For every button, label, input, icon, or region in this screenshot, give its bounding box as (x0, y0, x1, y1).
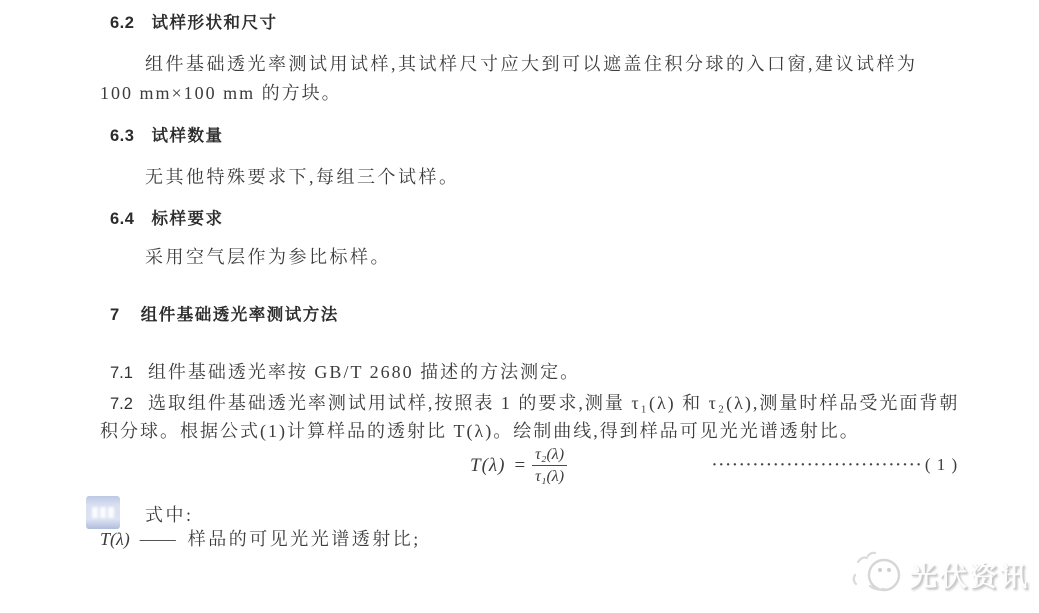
clause-7-1: 7.1 组件基础透光率按 GB/T 2680 描述的方法测定。 (110, 358, 580, 384)
section-number: 6.2 (110, 14, 134, 33)
definition-text: 样品的可见光光谱透射比; (188, 525, 421, 551)
section-heading-6-3: 6.3 试样数量 (110, 122, 223, 146)
section-heading-6-4: 6.4 标样要求 (110, 205, 223, 229)
symbol-definition: T(λ) —— 样品的可见光光谱透射比; (100, 525, 421, 551)
section-number: 6.3 (110, 127, 134, 146)
section-title: 组件基础透光率测试方法 (141, 301, 339, 325)
clause-number: 7.1 (110, 364, 133, 383)
clause-text: 组件基础透光率按 GB/T 2680 描述的方法测定。 (148, 358, 580, 384)
clause-7-2-line1: 7.2 选取组件基础透光率测试用试样,按照表 1 的要求,测量 τ₁(λ) 和 … (110, 389, 959, 415)
paragraph-6-2-line1: 组件基础透光率测试用试样,其试样尺寸应大到可以遮盖住积分球的入口窗,建议试样为 (145, 50, 918, 76)
formula-equals: = (514, 455, 525, 477)
section-heading-6-2: 6.2 试样形状和尺寸 (110, 9, 277, 33)
brand-name: 光伏资讯 (910, 555, 1030, 594)
formula-denominator: τ₁(λ) (532, 465, 567, 486)
watermark-glyph (100, 507, 106, 518)
section-heading-7: 7 组件基础透光率测试方法 (110, 301, 339, 325)
clause-text: 选取组件基础透光率测试用试样,按照表 1 的要求,测量 τ₁(λ) 和 τ₂(λ… (148, 389, 959, 415)
formula-reference: ······························· ( 1 ) (712, 455, 958, 475)
formula-numerator: τ₂(λ) (532, 446, 567, 465)
section-number: 7 (110, 306, 120, 325)
definition-term: T(λ) (100, 529, 130, 550)
watermark-badge (86, 496, 120, 529)
dotted-leader: ······························· (712, 457, 923, 474)
equation-number: ( 1 ) (925, 455, 958, 475)
formula-lhs: T(λ) (470, 455, 505, 477)
sun-face-icon (848, 548, 904, 600)
paragraph-6-4: 采用空气层作为参比标样。 (145, 243, 391, 269)
formula-transmittance: T(λ) = τ₂(λ) τ₁(λ) (470, 446, 567, 487)
paragraph-6-2-line2: 100 mm×100 mm 的方块。 (100, 79, 342, 105)
clause-7-2-line2: 积分球。根据公式(1)计算样品的透射比 T(λ)。绘制曲线,得到样品可见光光谱透… (100, 417, 860, 443)
watermark-glyph (92, 507, 98, 518)
section-number: 6.4 (110, 210, 134, 229)
document-page: 6.2 试样形状和尺寸 组件基础透光率测试用试样,其试样尺寸应大到可以遮盖住积分… (0, 0, 1039, 613)
paragraph-6-3: 无其他特殊要求下,每组三个试样。 (145, 163, 460, 189)
clause-number: 7.2 (110, 395, 133, 414)
brand-watermark: 光伏资讯 (848, 548, 1030, 600)
formula-fraction: τ₂(λ) τ₁(λ) (532, 446, 567, 487)
section-title: 标样要求 (151, 205, 223, 229)
watermark-glyph (108, 507, 114, 518)
section-title: 试样数量 (151, 122, 223, 146)
where-label: 式中: (145, 501, 194, 527)
definition-dash: —— (140, 529, 176, 550)
section-title: 试样形状和尺寸 (151, 9, 277, 33)
